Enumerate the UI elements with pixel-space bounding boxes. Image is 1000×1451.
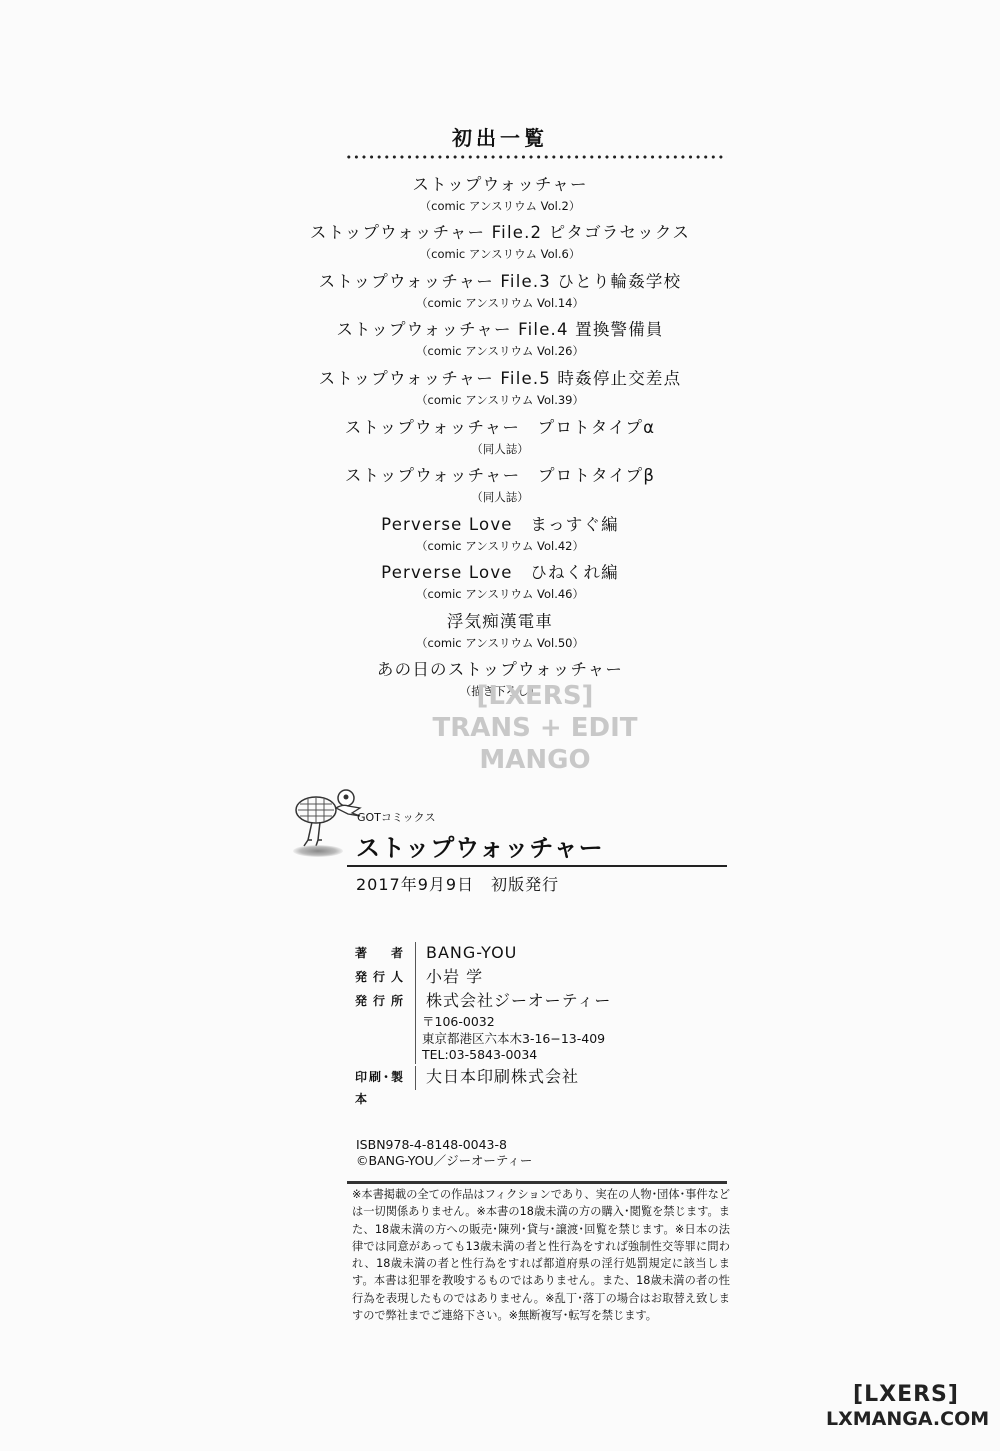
dotted-divider — [345, 154, 727, 160]
entry-title: ストップウォッチャー File.3 ひとり輪姦学校 — [0, 271, 1000, 293]
colophon-row-author: 著 者 BANG-YOU — [355, 942, 611, 966]
entry-source: （comic アンスリウム Vol.2） — [0, 198, 1000, 214]
entry-title: ストップウォッチャー File.5 時姦停止交差点 — [0, 368, 1000, 390]
entry-title: ストップウォッチャー File.2 ピタゴラセックス — [0, 222, 1000, 244]
legal-notice: ※本書掲載の全ての作品はフィクションであり、実在の人物･団体･事件などは一切関係… — [352, 1186, 730, 1324]
title-rule — [347, 865, 727, 867]
scanlation-watermark: [LXERS] TRANS + EDIT MANGO — [0, 680, 1000, 776]
colophon-row-printer: 印刷･製本 大日本印刷株式会社 — [355, 1066, 611, 1090]
list-item: ストップウォッチャー（comic アンスリウム Vol.2） — [0, 174, 1000, 214]
logo-line: [LXERS] — [826, 1383, 986, 1407]
list-item: ストップウォッチャー File.2 ピタゴラセックス（comic アンスリウム … — [0, 222, 1000, 262]
telephone: TEL:03-5843-0034 — [422, 1047, 605, 1064]
colophon-row-publisher-person: 発行人 小岩 学 — [355, 966, 611, 990]
entry-source: （同人誌） — [0, 441, 1000, 457]
printer-label: 印刷･製本 — [355, 1066, 415, 1090]
author-value: BANG-YOU — [415, 942, 517, 966]
colophon-row-publisher: 発行所 株式会社ジーオーティー — [355, 990, 611, 1014]
publisher-person-label: 発行人 — [355, 966, 415, 990]
site-logo: [LXERS] LXMANGA.COM — [826, 1383, 986, 1431]
entry-source: （同人誌） — [0, 489, 1000, 505]
list-item: ストップウォッチャー プロトタイプα（同人誌） — [0, 417, 1000, 457]
publisher-label: 発行所 — [355, 990, 415, 1014]
entry-source: （comic アンスリウム Vol.42） — [0, 538, 1000, 554]
entry-source: （comic アンスリウム Vol.26） — [0, 343, 1000, 359]
notice-rule — [347, 1181, 727, 1184]
isbn: ISBN978-4-8148-0043-8 — [356, 1137, 532, 1153]
entry-title: ストップウォッチャー — [0, 174, 1000, 196]
bird-shadow — [293, 845, 343, 857]
list-item: 浮気痴漢電車（comic アンスリウム Vol.50） — [0, 611, 1000, 651]
book-title: ストップウォッチャー — [356, 828, 604, 863]
publisher-person-value: 小岩 学 — [415, 966, 483, 990]
entry-title: あの日のストップウォッチャー — [0, 659, 1000, 681]
list-item: ストップウォッチャー File.5 時姦停止交差点（comic アンスリウム V… — [0, 368, 1000, 408]
entry-title: 浮気痴漢電車 — [0, 611, 1000, 633]
colophon-row-address: 〒106-0032 東京都港区六本木3-16−13-409 TEL:03-584… — [355, 1014, 611, 1064]
publication-date: 2017年9月9日 初版発行 — [356, 872, 559, 895]
isbn-block: ISBN978-4-8148-0043-8 ©BANG-YOU／ジーオーティー — [356, 1137, 532, 1169]
watermark-line: [LXERS] — [0, 680, 1000, 712]
list-item: ストップウォッチャー File.3 ひとり輪姦学校（comic アンスリウム V… — [0, 271, 1000, 311]
list-item: Perverse Love まっすぐ編（comic アンスリウム Vol.42） — [0, 514, 1000, 554]
publisher-value: 株式会社ジーオーティー — [415, 990, 611, 1014]
postal-code: 〒106-0032 — [422, 1014, 605, 1031]
entry-source: （comic アンスリウム Vol.46） — [0, 586, 1000, 602]
entry-source: （comic アンスリウム Vol.39） — [0, 392, 1000, 408]
entry-title: ストップウォッチャー File.4 置換警備員 — [0, 319, 1000, 341]
entry-title: Perverse Love まっすぐ編 — [0, 514, 1000, 536]
colophon: 著 者 BANG-YOU 発行人 小岩 学 発行所 株式会社ジーオーティー 〒1… — [355, 942, 611, 1090]
logo-line: LXMANGA.COM — [826, 1407, 986, 1431]
watermark-line: TRANS + EDIT — [0, 712, 1000, 744]
copyright: ©BANG-YOU／ジーオーティー — [356, 1153, 532, 1169]
entry-source: （comic アンスリウム Vol.14） — [0, 295, 1000, 311]
list-item: ストップウォッチャー プロトタイプβ（同人誌） — [0, 465, 1000, 505]
imprint-label: GOTコミックス — [357, 809, 436, 825]
list-item: Perverse Love ひねくれ編（comic アンスリウム Vol.46） — [0, 562, 1000, 602]
entry-title: ストップウォッチャー プロトタイプβ — [0, 465, 1000, 487]
entry-title: ストップウォッチャー プロトタイプα — [0, 417, 1000, 439]
first-appearance-title: 初出一覧 — [0, 122, 1000, 151]
author-label: 著 者 — [355, 942, 415, 966]
address: 東京都港区六本木3-16−13-409 — [422, 1031, 605, 1048]
watermark-line: MANGO — [0, 744, 1000, 776]
entry-source: （comic アンスリウム Vol.50） — [0, 635, 1000, 651]
entry-title: Perverse Love ひねくれ編 — [0, 562, 1000, 584]
printer-value: 大日本印刷株式会社 — [415, 1066, 579, 1090]
list-item: ストップウォッチャー File.4 置換警備員（comic アンスリウム Vol… — [0, 319, 1000, 359]
entry-source: （comic アンスリウム Vol.6） — [0, 246, 1000, 262]
publisher-address: 〒106-0032 東京都港区六本木3-16−13-409 TEL:03-584… — [415, 1014, 605, 1064]
